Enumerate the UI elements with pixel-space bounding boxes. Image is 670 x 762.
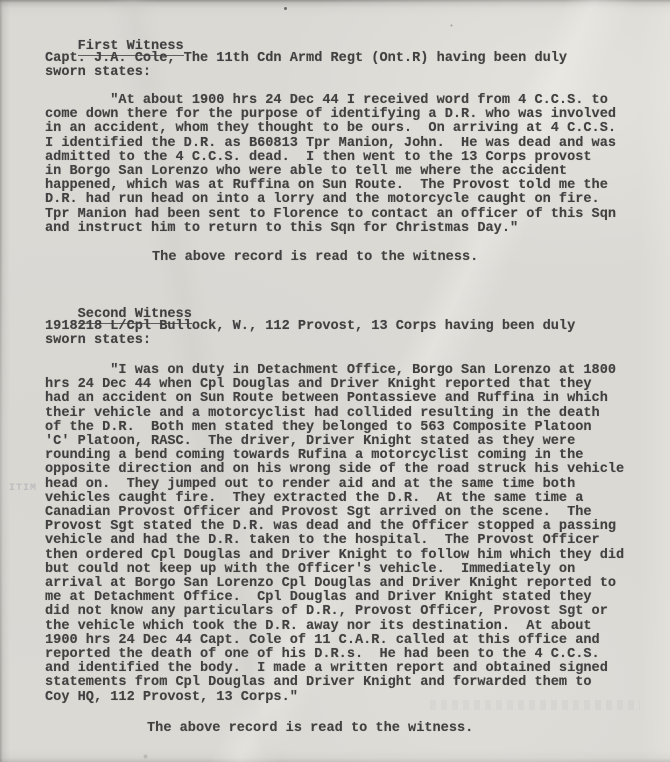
second-witness-intro: 1918218 L/Cpl Bullock, W., 112 Provost, … [45, 320, 575, 348]
second-witness-statement: "I was on duty in Detachment Office, Bor… [45, 364, 624, 705]
paper-speck [284, 7, 287, 10]
document-page: MITI First Witness Capt. J.A. Cole, The … [0, 0, 670, 762]
first-witness-statement: "At about 1900 hrs 24 Dec 44 I received … [45, 94, 616, 236]
first-record-note: The above record is read to the witness. [152, 251, 478, 265]
bleed-through-mark: MITI [8, 482, 36, 496]
second-record-note: The above record is read to the witness. [147, 722, 473, 736]
first-witness-intro: Capt. J.A. Cole, The 11th Cdn Armd Regt … [45, 52, 567, 80]
